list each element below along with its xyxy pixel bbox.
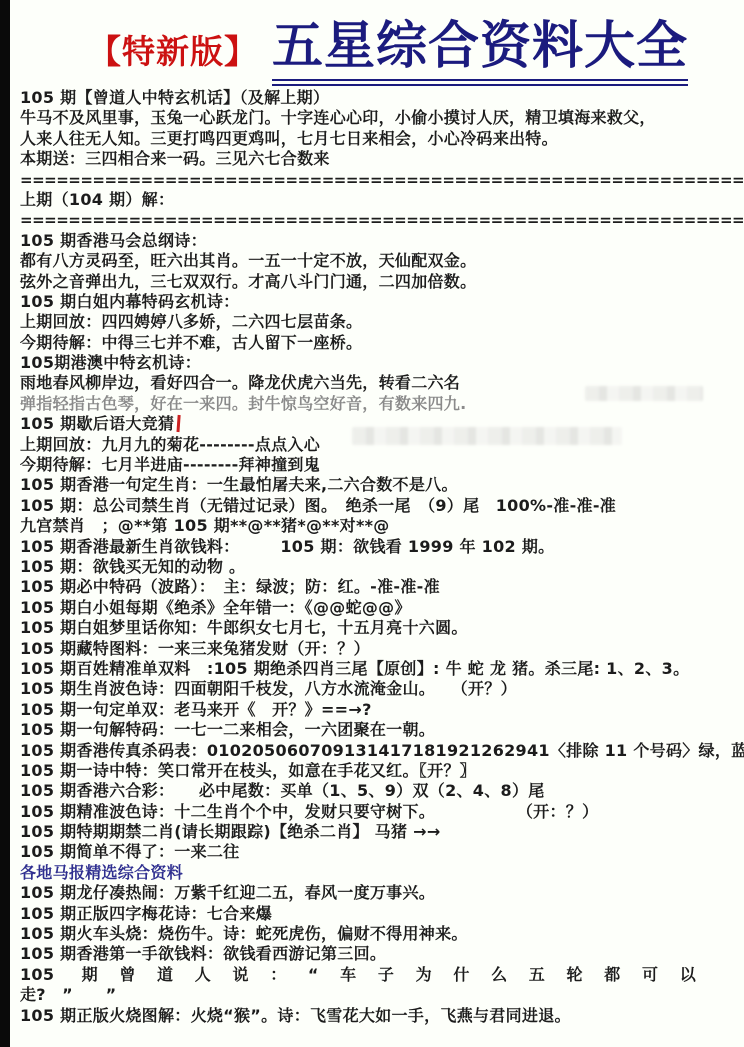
line-text: 人来人往无人知。三更打鸣四更鸡叫，七月七日来相会，小心冷码来出特。 bbox=[20, 129, 558, 148]
line-text: 105 期【曾道人中特玄机话】（及解上期） bbox=[20, 88, 329, 107]
text-line: 九宫禁肖 ；@**第 105 期**@**猪*@**对**@ bbox=[20, 516, 724, 536]
line-text: 105 期生肖波色诗：四面朝阳千枝发，八方水流淹金山。 （开？） bbox=[20, 679, 517, 698]
line-text: 105 期白姐内幕特码玄机诗： bbox=[20, 292, 239, 311]
line-text: 105 期白姐梦里话你知：牛郎织女七月七，十五月亮十六圆。 bbox=[20, 618, 468, 637]
text-line: 105 期香港最新生肖欲钱料： 105 期：欲钱看 1999 年 102 期。 bbox=[20, 537, 724, 557]
document-page: 【特新版】 五星综合资料大全 105 期【曾道人中特玄机话】（及解上期）牛马不及… bbox=[0, 0, 744, 1047]
line-text: 105 期白小姐每期《绝杀》全年错一：《@@蛇@@》 bbox=[20, 598, 411, 617]
left-border-strip bbox=[0, 0, 10, 1047]
text-line: 105 期龙仔凑热闹：万紫千红迎二五，春风一度万事兴。 bbox=[20, 883, 724, 903]
text-line: 105 期生肖波色诗：四面朝阳千枝发，八方水流淹金山。 （开？） bbox=[20, 679, 724, 699]
line-text: 各地马报精选综合资料 bbox=[20, 863, 183, 882]
text-line: 105 期简单不得了：一来二往 bbox=[20, 842, 724, 862]
line-text: 雨地春风柳岸边，看好四合一。降龙伏虎六当先，转看二六名 bbox=[20, 373, 460, 392]
line-text: 105 期香港传真杀码表：010205060709131417181921262… bbox=[20, 741, 744, 760]
text-line: 105 期一诗中特：笑口常开在枝头，如意在手花又红。〖开？〗 bbox=[20, 761, 724, 781]
text-line: 105 期白姐内幕特码玄机诗： bbox=[20, 292, 724, 312]
text-line: 105 期特期期禁二肖(请长期跟踪)【绝杀二肖】 马猪 →→ bbox=[20, 822, 724, 842]
line-text: 今期待解：中得三七并不难，古人留下一座桥。 bbox=[20, 333, 362, 352]
text-line: 本期送：三四相合来一码。三见六七合数来 bbox=[20, 149, 724, 169]
text-line: 105 期香港马会总纲诗： bbox=[20, 231, 724, 251]
text-line: 105 期白小姐每期《绝杀》全年错一：《@@蛇@@》 bbox=[20, 598, 724, 618]
text-line: 105 期：欲钱买无知的动物 。 bbox=[20, 557, 724, 577]
text-line: 105期港澳中特玄机诗： bbox=[20, 353, 724, 373]
text-line: 105 期曾道人说：“车子为什么五轮都可以 bbox=[20, 965, 724, 985]
edition-badge: 【特新版】 bbox=[88, 26, 258, 73]
line-text: 上期回放：九月九的菊花--------点点入心 bbox=[20, 435, 320, 454]
line-text: 105 期正版四字梅花诗：七合来爆 bbox=[20, 904, 272, 923]
text-line: 105 期香港一句定生肖：一生最怕屠夫来,二六合数不是八。 bbox=[20, 475, 724, 495]
line-text: 105 期正版火烧图解：火烧“猴”。诗：飞雪花大如一手，飞燕与君同进退。 bbox=[20, 1006, 571, 1025]
text-line: 今期待解：中得三七并不难，古人留下一座桥。 bbox=[20, 333, 724, 353]
line-text: 105 期香港一句定生肖：一生最怕屠夫来,二六合数不是八。 bbox=[20, 475, 458, 494]
line-text: 105 期一句定单双：老马来开《 开？》==→? bbox=[20, 700, 372, 719]
line-text: 105 期精准波色诗：十二生肖个个中，发财只要守树下。 （开：？） bbox=[20, 802, 598, 821]
line-text: 105 期歇后语大竞猜 bbox=[20, 414, 174, 433]
line-text: 105 期龙仔凑热闹：万紫千红迎二五，春风一度万事兴。 bbox=[20, 883, 435, 902]
text-line: 走? ” ” bbox=[20, 985, 724, 1005]
text-line: 今期待解：七月半进庙--------拜神撞到鬼 bbox=[20, 455, 724, 475]
text-line: 105 期百姓精准单双料 :105 期绝杀四肖三尾【原创】: 牛 蛇 龙 猪。杀… bbox=[20, 659, 724, 679]
line-text: 上期（104 期）解： bbox=[20, 190, 174, 209]
line-text: 今期待解：七月半进庙--------拜神撞到鬼 bbox=[20, 455, 320, 474]
text-line: 都有八方灵码至，旺六出其肖。一五一十定不放，天仙配双金。 bbox=[20, 251, 724, 271]
text-line: 上期回放：四四娉婷八多娇，二六四七层苗条。 bbox=[20, 312, 724, 332]
text-line: 雨地春风柳岸边，看好四合一。降龙伏虎六当先，转看二六名 bbox=[20, 373, 724, 393]
text-line: 105 期正版四字梅花诗：七合来爆 bbox=[20, 904, 724, 924]
line-text: 上期回放：四四娉婷八多娇，二六四七层苗条。 bbox=[20, 312, 362, 331]
page-title: 五星综合资料大全 bbox=[272, 4, 688, 86]
text-line: 105 期香港传真杀码表：010205060709131417181921262… bbox=[20, 741, 724, 761]
divider-line: ========================================… bbox=[20, 210, 724, 230]
text-line: 105 期【曾道人中特玄机话】（及解上期） bbox=[20, 88, 724, 108]
text-line: 人来人往无人知。三更打鸣四更鸡叫，七月七日来相会，小心冷码来出特。 bbox=[20, 129, 724, 149]
red-caret-mark bbox=[177, 415, 181, 432]
line-text: 105 期火车头烧：烧伤牛。诗：蛇死虎伤，偏财不得用神来。 bbox=[20, 924, 468, 943]
line-text: 弹指轻指古色琴，好在一来四。封牛惊鸟空好音，有数来四九. bbox=[20, 394, 466, 413]
line-text: 105 期特期期禁二肖(请长期跟踪)【绝杀二肖】 马猪 →→ bbox=[20, 822, 441, 841]
line-text: 105 期香港六合彩： 必中尾数：买单（1、5、9）双（2、4、8）尾 bbox=[20, 781, 545, 800]
text-line: 105 期香港六合彩： 必中尾数：买单（1、5、9）双（2、4、8）尾 bbox=[20, 781, 724, 801]
line-text: 105期港澳中特玄机诗： bbox=[20, 353, 201, 372]
line-text: 105 期：总公司禁生肖（无错过记录）图。 绝杀一尾 （9）尾 100%-准-准… bbox=[20, 496, 616, 515]
text-line: 105 期歇后语大竞猜 bbox=[20, 414, 724, 434]
text-line: 105 期白姐梦里话你知：牛郎织女七月七，十五月亮十六圆。 bbox=[20, 618, 724, 638]
line-text: 105 期曾道人说：“车子为什么五轮都可以 bbox=[20, 965, 696, 984]
line-text: 都有八方灵码至，旺六出其肖。一五一十定不放，天仙配双金。 bbox=[20, 251, 476, 270]
line-text: 弦外之音弹出九，三七双双行。才高八斗门门通，二四加倍数。 bbox=[20, 272, 476, 291]
line-text: 105 期一诗中特：笑口常开在枝头，如意在手花又红。〖开？〗 bbox=[20, 761, 476, 780]
line-text: 105 期藏特图料：一来三来兔猪发财（开：？） bbox=[20, 639, 370, 658]
line-text: 走? ” ” bbox=[20, 985, 116, 1004]
line-text: 105 期香港最新生肖欲钱料： 105 期：欲钱看 1999 年 102 期。 bbox=[20, 537, 554, 556]
line-text: 105 期香港马会总纲诗： bbox=[20, 231, 207, 250]
divider-line: ========================================… bbox=[20, 170, 724, 190]
line-text: 105 期一句解特码：一七一二来相会，一六团聚在一朝。 bbox=[20, 720, 435, 739]
text-line: 105 期香港第一手欲钱料：欲钱看西游记第三回。 bbox=[20, 944, 724, 964]
line-text: 105 期香港第一手欲钱料：欲钱看西游记第三回。 bbox=[20, 944, 386, 963]
line-text: ========================================… bbox=[20, 211, 744, 229]
text-line: 105 期精准波色诗：十二生肖个个中，发财只要守树下。 （开：？） bbox=[20, 802, 724, 822]
document-body: 105 期【曾道人中特玄机话】（及解上期）牛马不及风里事，玉兔一心跃龙门。十字连… bbox=[20, 88, 724, 1026]
document-header: 【特新版】 五星综合资料大全 bbox=[20, 0, 724, 88]
text-line: 105 期一句解特码：一七一二来相会，一六团聚在一朝。 bbox=[20, 720, 724, 740]
text-line: 上期回放：九月九的菊花--------点点入心 bbox=[20, 435, 724, 455]
text-line: 弹指轻指古色琴，好在一来四。封牛惊鸟空好音，有数来四九. bbox=[20, 394, 724, 414]
text-line: 105 期：总公司禁生肖（无错过记录）图。 绝杀一尾 （9）尾 100%-准-准… bbox=[20, 496, 724, 516]
line-text: 105 期简单不得了：一来二往 bbox=[20, 842, 239, 861]
line-text: 105 期必中特码（波路）： 主：绿波；防：红。-准-准-准 bbox=[20, 577, 440, 596]
text-line: 弦外之音弹出九，三七双双行。才高八斗门门通，二四加倍数。 bbox=[20, 272, 724, 292]
text-line: 105 期一句定单双：老马来开《 开？》==→? bbox=[20, 700, 724, 720]
text-line: 105 期藏特图料：一来三来兔猪发财（开：？） bbox=[20, 639, 724, 659]
text-line: 105 期火车头烧：烧伤牛。诗：蛇死虎伤，偏财不得用神来。 bbox=[20, 924, 724, 944]
line-text: 九宫禁肖 ；@**第 105 期**@**猪*@**对**@ bbox=[20, 516, 390, 535]
text-line: 上期（104 期）解： bbox=[20, 190, 724, 210]
text-line: 各地马报精选综合资料 bbox=[20, 863, 724, 883]
text-line: 105 期正版火烧图解：火烧“猴”。诗：飞雪花大如一手，飞燕与君同进退。 bbox=[20, 1006, 724, 1026]
line-text: 牛马不及风里事，玉兔一心跃龙门。十字连心心印，小偷小摸讨人厌，精卫填海来救父， bbox=[20, 108, 656, 127]
line-text: 105 期：欲钱买无知的动物 。 bbox=[20, 557, 245, 576]
line-text: 105 期百姓精准单双料 :105 期绝杀四肖三尾【原创】: 牛 蛇 龙 猪。杀… bbox=[20, 659, 689, 678]
text-line: 牛马不及风里事，玉兔一心跃龙门。十字连心心印，小偷小摸讨人厌，精卫填海来救父， bbox=[20, 108, 724, 128]
line-text: ========================================… bbox=[20, 171, 744, 189]
text-line: 105 期必中特码（波路）： 主：绿波；防：红。-准-准-准 bbox=[20, 577, 724, 597]
line-text: 本期送：三四相合来一码。三见六七合数来 bbox=[20, 149, 330, 168]
